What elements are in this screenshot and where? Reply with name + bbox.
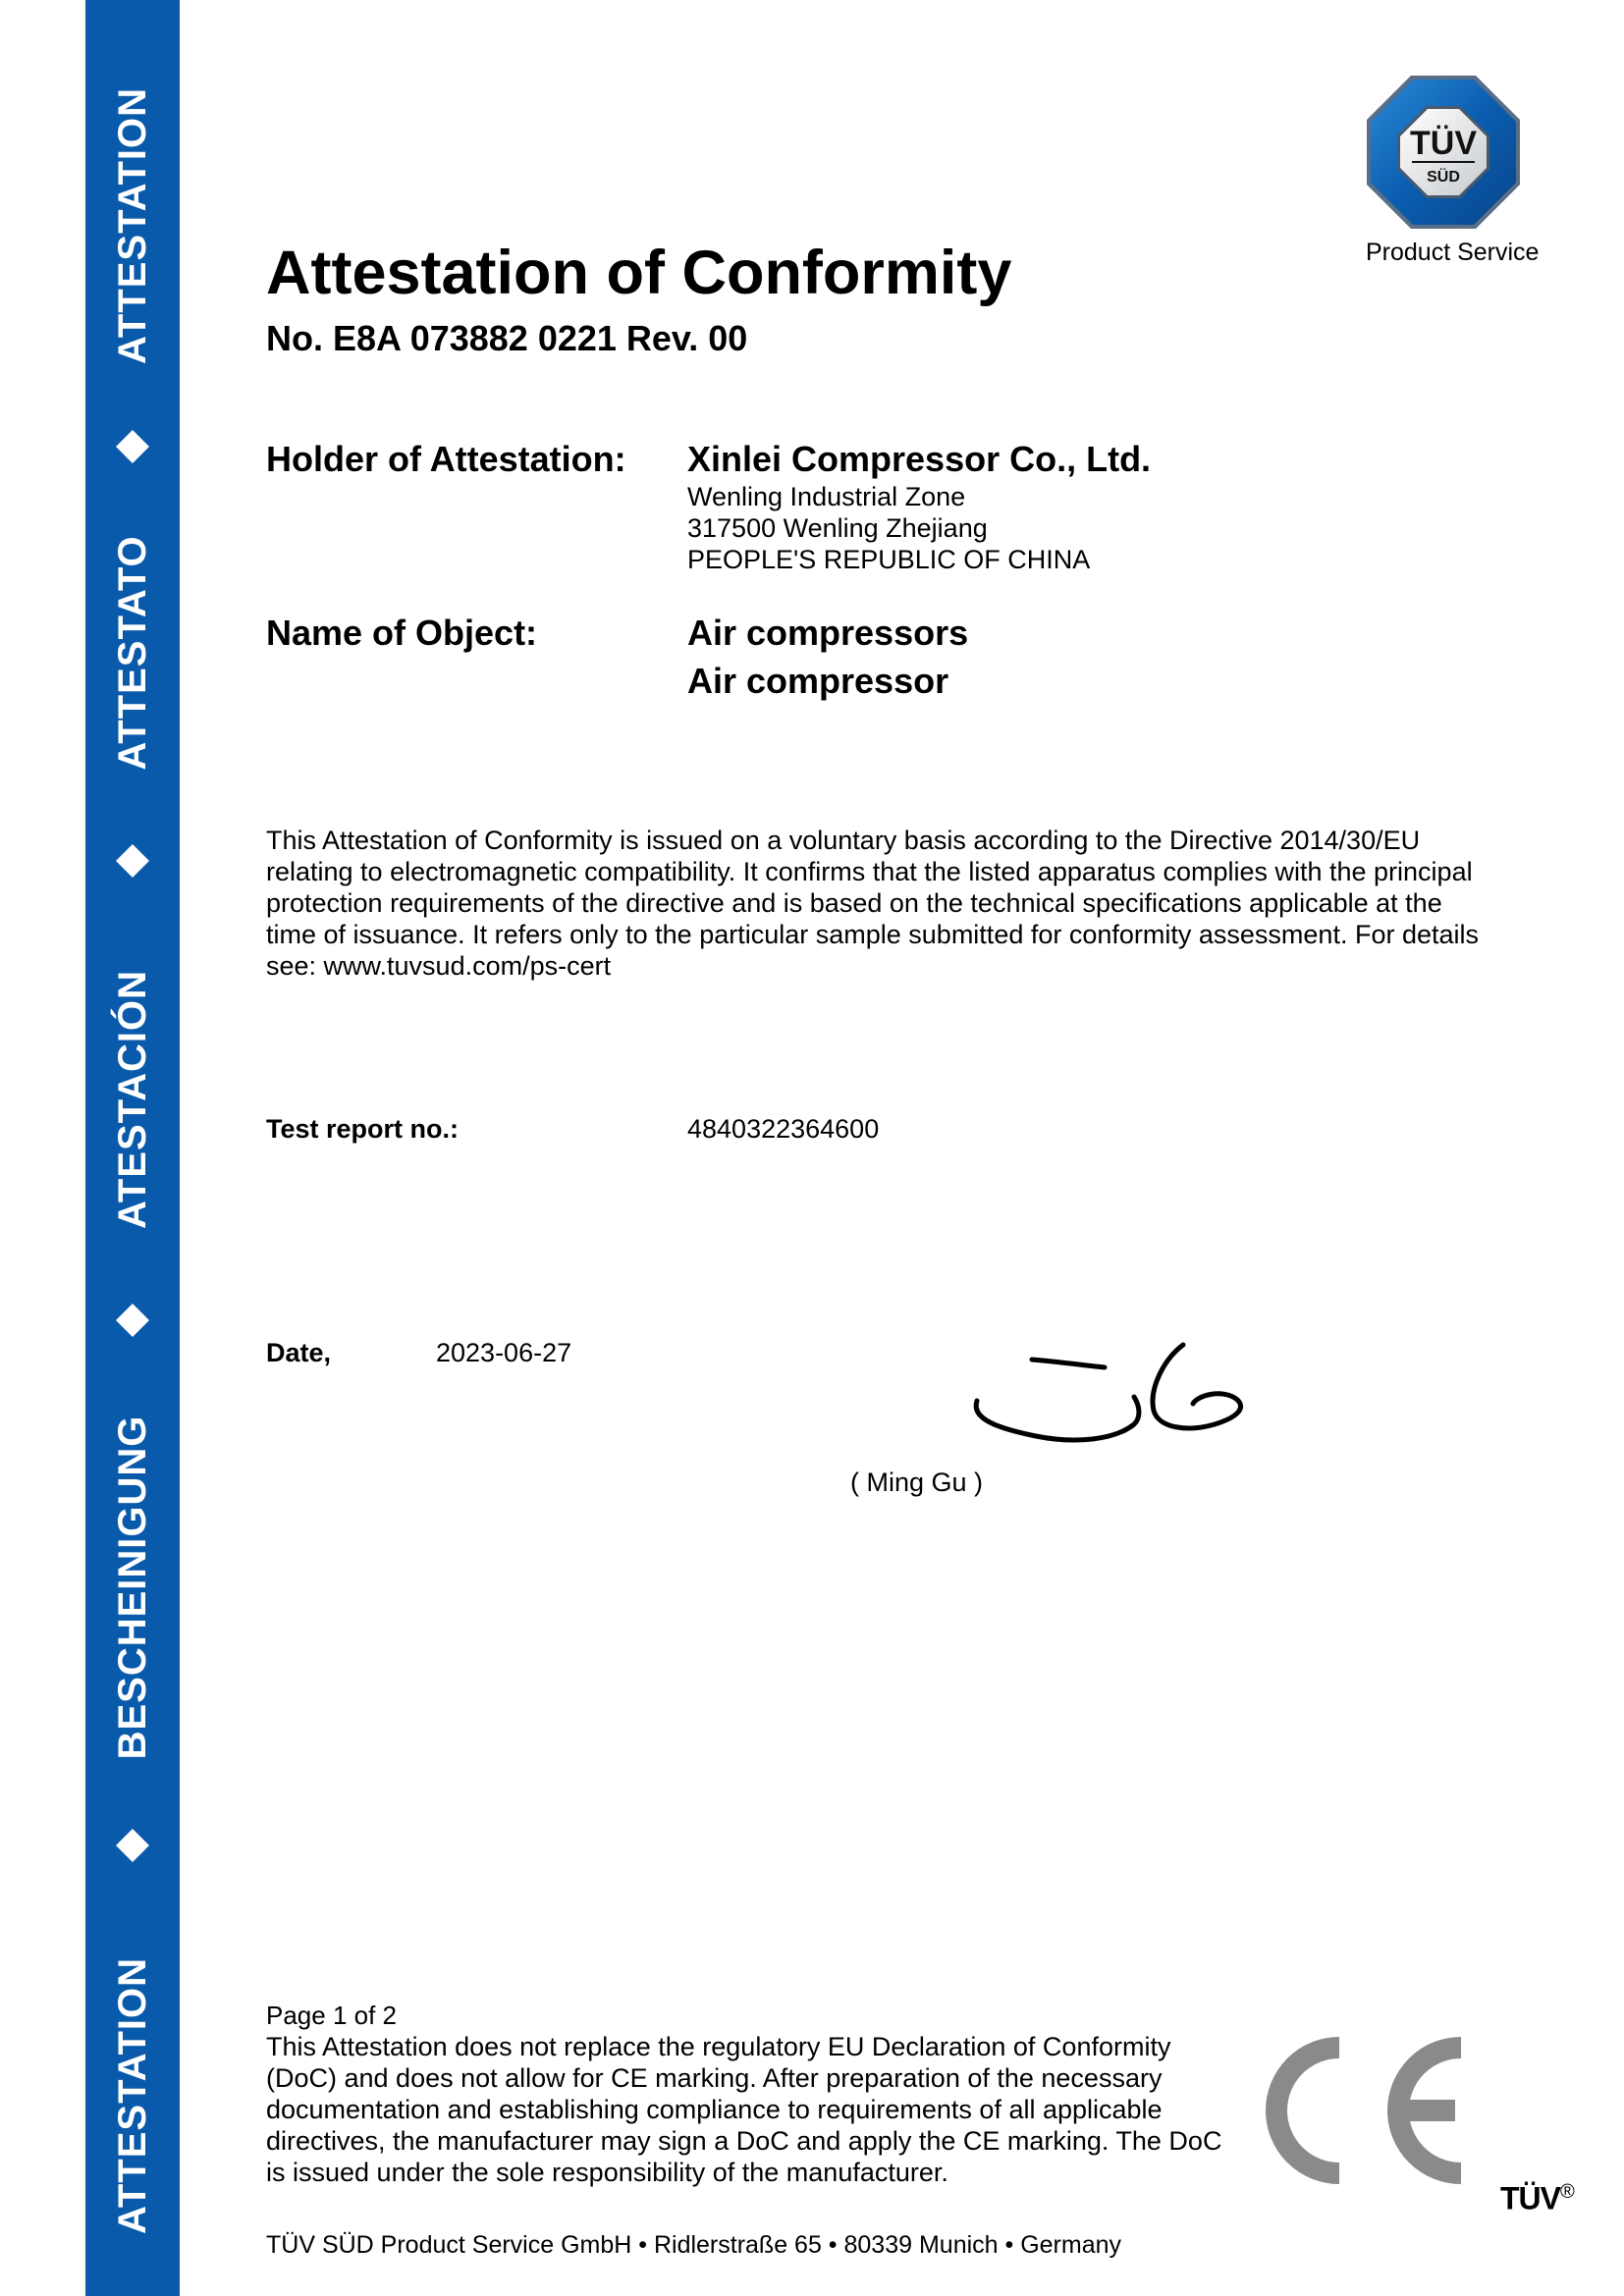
holder-name: Xinlei Compressor Co., Ltd. bbox=[687, 442, 1151, 477]
conformity-statement: This Attestation of Conformity is issued… bbox=[266, 825, 1493, 982]
svg-text:TÜV: TÜV bbox=[1410, 125, 1477, 162]
signatory-name: ( Ming Gu ) bbox=[850, 1469, 983, 1496]
date-label: Date, bbox=[266, 1340, 331, 1366]
ce-mark-icon bbox=[1257, 2037, 1473, 2184]
band-label: ATTESTATION bbox=[113, 87, 152, 364]
address-line: 317500 Wenling Zhejiang bbox=[687, 512, 1090, 544]
test-report-label: Test report no.: bbox=[266, 1116, 459, 1143]
disclaimer: This Attestation does not replace the re… bbox=[266, 2031, 1248, 2188]
tuv-trademark: TÜV® bbox=[1500, 2182, 1574, 2215]
band-label: ATESTACIÓN bbox=[113, 970, 152, 1229]
holder-label: Holder of Attestation: bbox=[266, 442, 626, 477]
svg-text:SÜD: SÜD bbox=[1427, 167, 1460, 186]
page-title: Attestation of Conformity bbox=[266, 242, 1011, 304]
object-value: Air compressor bbox=[687, 664, 948, 699]
product-service-caption: Product Service bbox=[1366, 240, 1539, 265]
band-label: BESCHEINIGUNG bbox=[113, 1415, 152, 1760]
page-number: Page 1 of 2 bbox=[266, 2002, 397, 2028]
object-label: Name of Object: bbox=[266, 615, 537, 651]
holder-address: Wenling Industrial Zone 317500 Wenling Z… bbox=[687, 481, 1090, 575]
band-label: ATTESTATO bbox=[113, 535, 152, 770]
tuv-sud-logo-icon: TÜV SÜD bbox=[1365, 74, 1522, 231]
object-value: Air compressors bbox=[687, 615, 968, 651]
address-line: PEOPLE'S REPUBLIC OF CHINA bbox=[687, 544, 1090, 575]
signature-icon bbox=[957, 1330, 1301, 1458]
registered-icon: ® bbox=[1560, 2181, 1574, 2203]
address-line: Wenling Industrial Zone bbox=[687, 481, 1090, 512]
certificate-number: No. E8A 073882 0221 Rev. 00 bbox=[266, 321, 747, 356]
test-report-value: 4840322364600 bbox=[687, 1116, 879, 1143]
tuv-mark-text: TÜV bbox=[1500, 2181, 1560, 2216]
band-label: ATTESTATION bbox=[113, 1957, 152, 2234]
footer-address: TÜV SÜD Product Service GmbH • Ridlerstr… bbox=[266, 2233, 1121, 2258]
date-value: 2023-06-27 bbox=[436, 1340, 571, 1366]
